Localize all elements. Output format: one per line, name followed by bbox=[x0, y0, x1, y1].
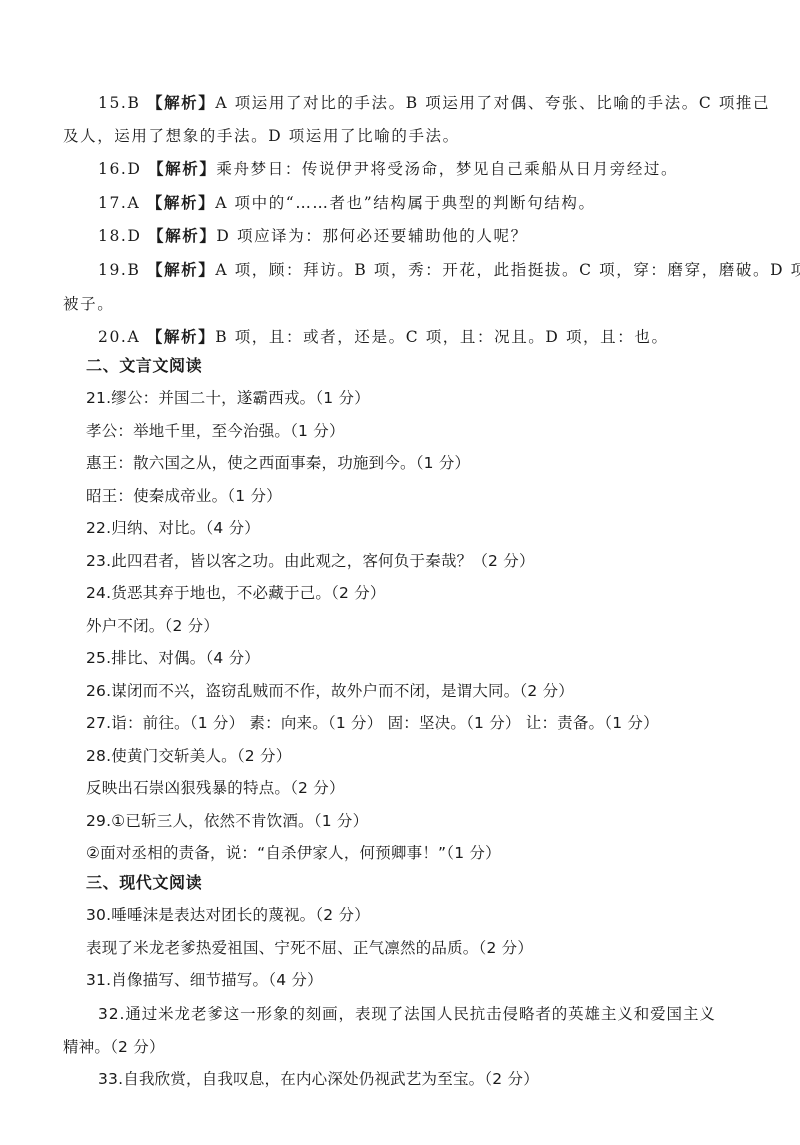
question-number: 17.A bbox=[98, 194, 140, 212]
answer-19-continued: 被子。 bbox=[63, 293, 114, 315]
answer-33: 33.自我欣赏，自我叹息，在内心深处仍视武艺为至宝。（2 分） bbox=[98, 1068, 539, 1090]
answer-18: 18.D 【解析】D 项应译为：那何必还要辅助他的人呢？ bbox=[98, 225, 528, 247]
answer-17: 17.A 【解析】A 项中的“……者也”结构属于典型的判断句结构。 bbox=[98, 192, 596, 214]
answer-15-continued: 及人，运用了想象的手法。D 项运用了比喻的手法。 bbox=[63, 125, 460, 147]
question-number: 19.B bbox=[98, 261, 140, 279]
question-number: 18.D bbox=[98, 227, 141, 245]
answer-28-line-2: 反映出石崇凶狠残暴的特点。（2 分） bbox=[86, 777, 345, 799]
question-number: 20.A bbox=[98, 328, 140, 346]
analysis-text: D 项应译为：那何必还要辅助他的人呢？ bbox=[216, 227, 527, 245]
answer-29-line-1: 29.①已斩三人，依然不肯饮酒。（1 分） bbox=[86, 810, 368, 832]
analysis-text: 乘舟梦日：传说伊尹将受汤命，梦见自己乘船从日月旁经过。 bbox=[216, 160, 678, 178]
answer-30-line-2: 表现了米龙老爹热爱祖国、宁死不屈、正气凛然的品质。（2 分） bbox=[86, 937, 533, 959]
answer-25: 25.排比、对偶。（4 分） bbox=[86, 647, 260, 669]
answer-24-line-2: 外户不闭。（2 分） bbox=[86, 615, 219, 637]
analysis-tag: 【解析】 bbox=[147, 261, 215, 279]
question-number: 16.D bbox=[98, 160, 141, 178]
answer-24-line-1: 24.货恶其弃于地也，不必藏于己。（2 分） bbox=[86, 582, 386, 604]
analysis-text: B 项，且：或者，还是。C 项，且：况且。D 项，且：也。 bbox=[215, 328, 668, 346]
answer-21-line-4: 昭王：使秦成帝业。（1 分） bbox=[86, 485, 282, 507]
answer-21-line-1: 21.缪公：并国二十，遂霸西戎。（1 分） bbox=[86, 387, 370, 409]
answer-32-continued: 精神。（2 分） bbox=[63, 1036, 165, 1058]
answer-22: 22.归纳、对比。（4 分） bbox=[86, 517, 260, 539]
answer-30-line-1: 30.唾唾沫是表达对团长的蔑视。（2 分） bbox=[86, 904, 370, 926]
analysis-text: A 项运用了对比的手法。B 项运用了对偶、夸张、比喻的手法。C 项推己 bbox=[215, 94, 770, 112]
question-number: 15.B bbox=[98, 94, 140, 112]
analysis-tag: 【解析】 bbox=[148, 227, 216, 245]
section-heading-modern-reading: 三、现代文阅读 bbox=[86, 872, 202, 894]
section-heading-classical-chinese: 二、文言文阅读 bbox=[86, 355, 202, 377]
answer-31: 31.肖像描写、细节描写。（4 分） bbox=[86, 969, 323, 991]
answer-20: 20.A 【解析】B 项，且：或者，还是。C 项，且：况且。D 项，且：也。 bbox=[98, 326, 669, 348]
answer-23: 23.此四君者，皆以客之功。由此观之，客何负于秦哉？（2 分） bbox=[86, 550, 535, 572]
answer-29-line-2: ②面对丞相的责备，说：“自杀伊家人，何预卿事！”（1 分） bbox=[86, 842, 501, 864]
answer-21-line-3: 惠王：散六国之从，使之西面事秦，功施到今。（1 分） bbox=[86, 452, 470, 474]
analysis-tag: 【解析】 bbox=[147, 328, 215, 346]
analysis-tag: 【解析】 bbox=[147, 94, 215, 112]
analysis-text: A 项，顾：拜访。B 项，秀：开花，此指挺拔。C 项，穿：磨穿，磨破。D 项，衾… bbox=[215, 261, 800, 279]
analysis-text: A 项中的“……者也”结构属于典型的判断句结构。 bbox=[215, 194, 595, 212]
answer-32: 32.通过米龙老爹这一形象的刻画，表现了法国人民抗击侵略者的英雄主义和爱国主义 bbox=[98, 1003, 716, 1025]
answer-26: 26.谋闭而不兴，盗窃乱贼而不作，故外户而不闭，是谓大同。（2 分） bbox=[86, 680, 574, 702]
answer-28-line-1: 28.使黄门交斩美人。（2 分） bbox=[86, 745, 291, 767]
answer-15: 15.B 【解析】A 项运用了对比的手法。B 项运用了对偶、夸张、比喻的手法。C… bbox=[98, 92, 770, 114]
answer-19: 19.B 【解析】A 项，顾：拜访。B 项，秀：开花，此指挺拔。C 项，穿：磨穿… bbox=[98, 259, 800, 281]
answer-key-page: 15.B 【解析】A 项运用了对比的手法。B 项运用了对偶、夸张、比喻的手法。C… bbox=[0, 0, 800, 1145]
answer-16: 16.D 【解析】乘舟梦日：传说伊尹将受汤命，梦见自己乘船从日月旁经过。 bbox=[98, 158, 678, 180]
answer-27: 27.诣：前往。（1 分） 素：向来。（1 分） 固：坚决。（1 分） 让：责备… bbox=[86, 712, 659, 734]
analysis-tag: 【解析】 bbox=[147, 194, 215, 212]
analysis-tag: 【解析】 bbox=[148, 160, 216, 178]
answer-21-line-2: 孝公：举地千里，至今治强。（1 分） bbox=[86, 420, 345, 442]
